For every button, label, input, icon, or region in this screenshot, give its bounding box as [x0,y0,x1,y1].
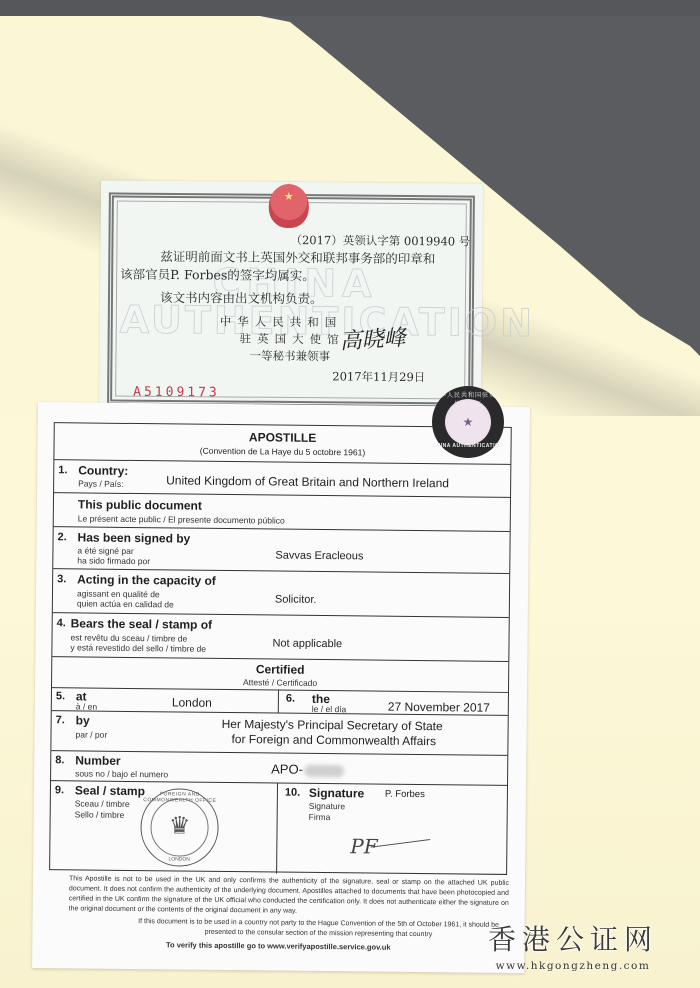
field-label: Seal / stamp [75,783,145,798]
field-number: 10. [285,787,300,799]
china-authentication-certificate: ★ CHINA AUTHENTICATION （2017）英领认字第 00199… [99,180,483,413]
footer-disclaimer: This Apostille is not to be used in the … [49,874,509,919]
field-number: 4. [57,617,66,629]
field-number: 8. [55,754,64,766]
background-strip [0,0,700,16]
field-sublabel-fr: Signature [309,801,346,812]
field-sublabel-es: Sello / timbre [75,809,125,821]
field-number: 3. [57,573,66,585]
certificate-date: 2017年11月29日 [332,368,425,385]
field-sublabel: sous no / bajo el numero [75,768,168,780]
official-title: 一等秘书兼领事 [249,348,330,365]
field-label: Bears the seal / stamp of [71,616,213,631]
field-label: Signature [309,786,364,801]
column-divider [278,691,279,713]
national-emblem-icon: ★ [269,184,309,228]
field-label: Has been signed by [78,530,191,545]
field-sublabel-es: quien actúa en calidad de [77,598,174,610]
field-signed-by: 2. Has been signed by a été signé par ha… [53,527,509,574]
date-value: 27 November 2017 [388,700,490,715]
apostille-number-value: APO- [271,761,344,777]
footer-hague-note: If this document is to be used in a coun… [48,916,508,941]
signed-by-value: Savvas Eracleous [275,549,363,562]
signatory-name: P. Forbes [385,789,425,800]
site-watermark: 香港公证网 www.hkgongzheng.com [478,918,668,972]
certificate-reference: （2017）英领认字第 0019940 号 [290,232,470,250]
field-sublabel: Pays / País: [78,478,123,489]
redacted-number [304,764,344,776]
fco-seal-ring-text: FOREIGN AND COMMONWEALTH OFFICE [142,791,218,804]
seal-of-value: Not applicable [272,637,342,650]
country-value: United Kingdom of Great Britain and Nort… [166,473,449,490]
field-sublabel-es: y está revestido del sello / timbre de [70,642,206,654]
apostille-footer: This Apostille is not to be used in the … [48,874,509,954]
field-seal-of: 4. Bears the seal / stamp of est revêtu … [52,613,508,662]
field-seal-signature: 9. Seal / stamp Sceau / timbre Sello / t… [50,781,507,876]
embassy-line-1: 中华人民共和国 [220,313,343,330]
column-divider [276,784,278,874]
field-by: 7. by par / por Her Majesty's Principal … [51,711,507,756]
fco-seal: FOREIGN AND COMMONWEALTH OFFICE ♛ LONDON [140,788,219,867]
certified-header: Certified Attesté / Certificado [52,657,508,692]
certificate-serial: A5109173 [133,385,220,401]
field-label: Country: [78,463,128,478]
stamp-ring-text-en: CHINA AUTHENTICATION [432,443,504,449]
consul-signature: 高晓峰 [339,321,407,356]
field-number: 7. [56,714,65,726]
field-label: by [76,713,90,727]
royal-coat-of-arms-icon: ♛ [141,811,217,841]
embassy-line-2: 驻英国大使馆 [240,331,345,348]
certificate-line-1: 兹证明前面文书上英国外交和联邦事务部的印章和 [160,247,435,267]
authority-value-line-2: for Foreign and Commonwealth Affairs [231,732,436,748]
certificate-line-2: 该部官员P. Forbes的签字均属实。 [120,265,315,285]
field-capacity: 3. Acting in the capacity of agissant en… [53,569,509,618]
field-sublabel-fr: Sceau / timbre [75,798,130,810]
field-number: 1. [58,464,67,476]
field-label: Number [75,753,120,767]
apostille-table: APOSTILLE (Convention de La Haye du 5 oc… [49,422,512,875]
field-sublabel: par / por [75,729,107,740]
place-value: London [172,695,212,709]
watermark-url: www.hkgongzheng.com [478,960,668,972]
watermark-name: 香港公证网 [478,918,668,958]
field-number: 9. [55,784,64,796]
field-label: Acting in the capacity of [77,572,216,587]
field-number: 8. Number sous no / bajo el numero APO- [51,751,507,786]
field-number: 6. [286,693,295,705]
field-sublabel-es: ha sido firmado por [77,555,150,567]
field-sublabel: Le présent acte public / El presente doc… [78,513,285,526]
field-number: 5. [56,690,65,702]
stamp-ring-text-cn: 中华人民共和国驻英国使馆认证 [432,390,504,408]
apostille-document: APOSTILLE (Convention de La Haye du 5 oc… [32,402,530,973]
certificate-line-3: 该文书内容由出文机构负责。 [160,288,323,307]
apostille-number-prefix: APO- [271,761,303,776]
footer-verify-link[interactable]: To verify this apostille go to www.verif… [48,939,508,954]
field-public-document: This public document Le présent acte pub… [54,493,510,532]
field-label: This public document [78,497,202,512]
signature-stroke [371,839,431,848]
field-sublabel-es: Firma [309,812,331,823]
field-number: 2. [58,531,67,543]
china-authentication-stamp: 中华人民共和国驻英国使馆认证 ★ CHINA AUTHENTICATION [432,386,504,458]
fco-seal-london: LONDON [141,856,217,863]
field-country: 1. Country: Pays / País: United Kingdom … [54,459,510,498]
authority-value-line-1: Her Majesty's Principal Secretary of Sta… [222,717,443,733]
capacity-value: Solicitor. [275,593,317,605]
